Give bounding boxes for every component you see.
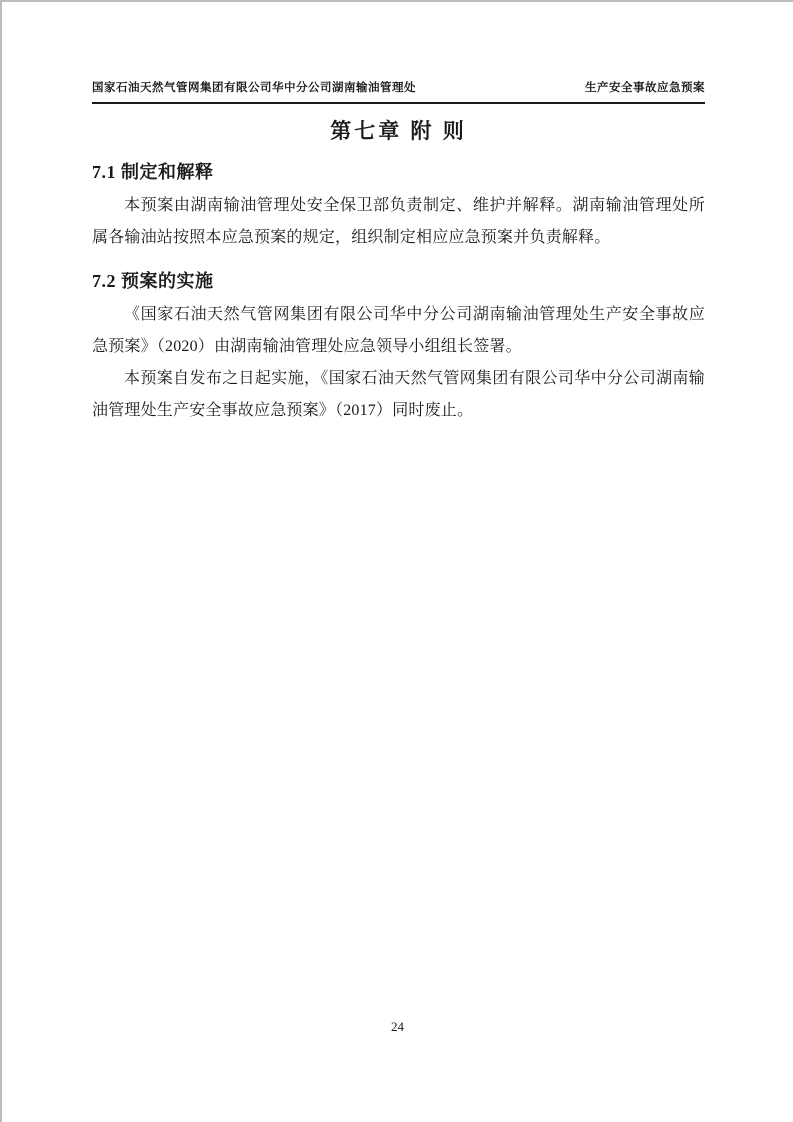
- paragraph-7-1-1: 本预案由湖南输油管理处安全保卫部负责制定、维护并解释。湖南输油管理处所属各输油站…: [92, 190, 705, 254]
- header-left-text: 国家石油天然气管网集团有限公司华中分公司湖南输油管理处: [92, 82, 416, 96]
- document-page: 国家石油天然气管网集团有限公司华中分公司湖南输油管理处 生产安全事故应急预案 第…: [0, 0, 793, 1122]
- page-header: 国家石油天然气管网集团有限公司华中分公司湖南输油管理处 生产安全事故应急预案: [92, 82, 705, 104]
- paragraph-7-2-1: 《国家石油天然气管网集团有限公司华中分公司湖南输油管理处生产安全事故应急预案》（…: [92, 299, 705, 363]
- page-content: 国家石油天然气管网集团有限公司华中分公司湖南输油管理处 生产安全事故应急预案 第…: [2, 2, 793, 427]
- chapter-title: 第七章 附 则: [92, 117, 705, 145]
- section-heading-7-2: 7.2 预案的实施: [92, 268, 705, 294]
- page-number: 24: [391, 1019, 404, 1034]
- header-right-text: 生产安全事故应急预案: [585, 82, 705, 96]
- page-footer: 24: [2, 1018, 793, 1036]
- section-7-2: 7.2 预案的实施 《国家石油天然气管网集团有限公司华中分公司湖南输油管理处生产…: [92, 268, 705, 427]
- section-heading-7-1: 7.1 制定和解释: [92, 159, 705, 185]
- paragraph-7-2-2: 本预案自发布之日起实施，《国家石油天然气管网集团有限公司华中分公司湖南输油管理处…: [92, 363, 705, 427]
- section-7-1: 7.1 制定和解释 本预案由湖南输油管理处安全保卫部负责制定、维护并解释。湖南输…: [92, 159, 705, 254]
